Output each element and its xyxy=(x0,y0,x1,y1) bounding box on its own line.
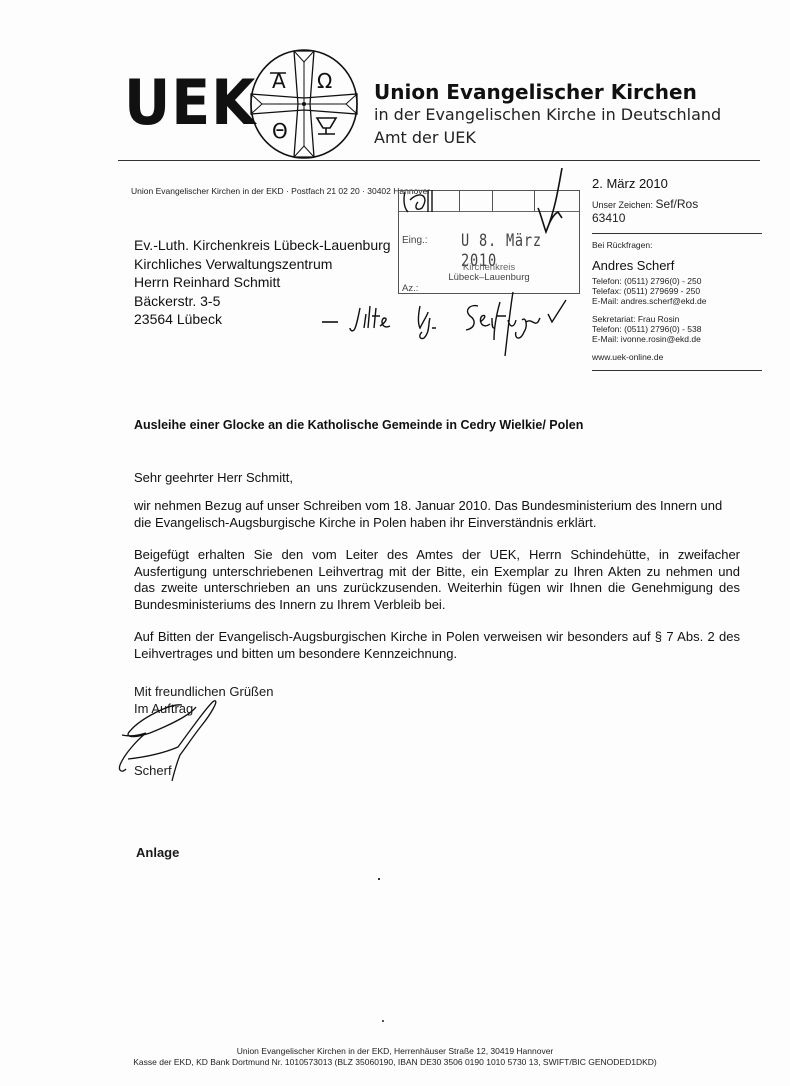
body-paragraph: wir nehmen Bezug auf unser Schreiben vom… xyxy=(134,498,740,531)
reference: Unser Zeichen: Sef/Ros xyxy=(592,197,762,211)
meta-divider xyxy=(592,370,762,371)
sender-return-address: Union Evangelischer Kirchen in der EKD ·… xyxy=(131,186,430,196)
scan-speck xyxy=(382,1020,384,1022)
letter-meta: 2. März 2010 Unser Zeichen: Sef/Ros 6341… xyxy=(592,176,762,377)
contact-phone: Telefon: (0511) 2796(0) - 250 xyxy=(592,276,762,286)
signer-name: Scherf xyxy=(134,763,172,778)
org-name: Union Evangelischer Kirchen xyxy=(374,80,697,104)
body-paragraph: Auf Bitten der Evangelisch-Augsburgische… xyxy=(134,629,740,662)
cross-emblem-icon: A Ω Θ xyxy=(248,48,360,160)
letter-date: 2. März 2010 xyxy=(592,176,762,191)
org-office: Amt der UEK xyxy=(374,128,476,147)
scan-speck xyxy=(378,878,380,880)
recipient-line: Kirchliches Verwaltungszentrum xyxy=(134,255,391,274)
org-subtitle: in der Evangelischen Kirche in Deutschla… xyxy=(374,105,721,124)
contact-email: E-Mail: andres.scherf@ekd.de xyxy=(592,296,762,306)
reference-number: 63410 xyxy=(592,211,762,225)
footer-address: Union Evangelischer Kirchen in der EKD, … xyxy=(0,1046,790,1057)
reference-label: Unser Zeichen: xyxy=(592,200,653,210)
secretariat-phone: Telefon: (0511) 2796(0) - 538 xyxy=(592,324,762,334)
enclosure-label: Anlage xyxy=(136,845,179,860)
uek-logo: UEK xyxy=(124,72,256,134)
secretariat: Sekretariat: Frau Rosin xyxy=(592,314,762,324)
secretariat-email: E-Mail: ivonne.rosin@ekd.de xyxy=(592,334,762,344)
reference-value: Sef/Ros xyxy=(656,197,699,211)
svg-text:Ω: Ω xyxy=(317,69,332,93)
footer: Union Evangelischer Kirchen in der EKD, … xyxy=(0,1046,790,1068)
contact-fax: Telefax: (0511) 279699 - 250 xyxy=(592,286,762,296)
letter-subject: Ausleihe einer Glocke an die Katholische… xyxy=(134,418,583,432)
recipient-line: Ev.-Luth. Kirchenkreis Lübeck-Lauenburg xyxy=(134,236,391,255)
handwritten-note xyxy=(300,290,590,360)
inquiries-label: Bei Rückfragen: xyxy=(592,240,762,250)
recipient-line: Herrn Reinhard Schmitt xyxy=(134,273,391,292)
svg-text:Θ: Θ xyxy=(272,119,288,143)
footer-bank: Kasse der EKD, KD Bank Dortmund Nr. 1010… xyxy=(0,1057,790,1068)
website: www.uek-online.de xyxy=(592,352,762,362)
contact-name: Andres Scherf xyxy=(592,258,762,273)
body-paragraph: Beigefügt erhalten Sie den vom Leiter de… xyxy=(134,547,740,613)
greeting: Sehr geehrter Herr Schmitt, xyxy=(134,470,740,487)
meta-divider xyxy=(592,233,762,234)
